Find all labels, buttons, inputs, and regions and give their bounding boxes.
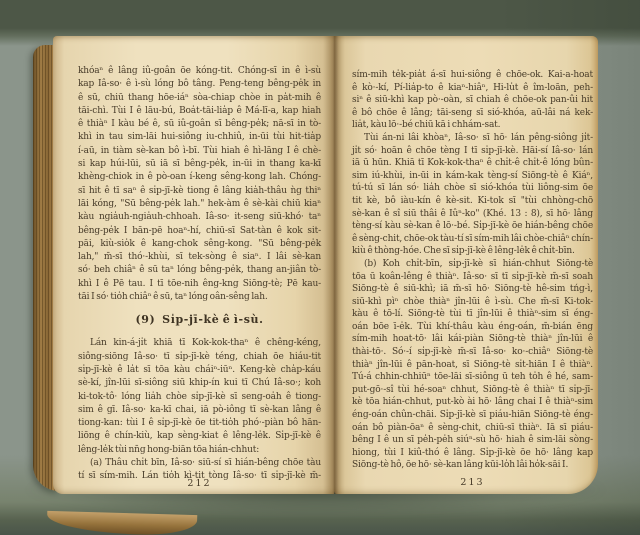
text-line: só· beh chiâⁿ ê sū taⁿ lóng bêng-pe̍k, t… xyxy=(78,264,321,277)
text-line: sím-mih te̍k-pia̍t á-sī hui-siông ê chōe… xyxy=(352,69,593,82)
text-line: kàu ngia̍uh-ngia̍uh-chhoah. Iâ-so· it-se… xyxy=(78,211,321,224)
text-line: tāi-chì. Tùi I ê lāu-bú, Boa̍t-tāi-lia̍p… xyxy=(78,105,321,118)
text-line: oán bōe ī-e̍k. Tùi khí-thâu kàu éng-oán,… xyxy=(352,321,593,334)
text-line: ê kò·-kí, Pí-lia̍p-to ê kiaⁿ-hiâⁿ, Hi-lu… xyxy=(352,82,593,95)
text-line: khóaⁿ ê lâng iû-goân ōe kóng-tit. Chóng-… xyxy=(78,65,321,78)
text-line: tiong-kan: tùi I ê si̍p-jī-kè ōe tit-tio… xyxy=(78,417,321,430)
text-line: siⁿ ê siū-khì kap pò·-oàn, sī chiah ê ch… xyxy=(352,94,593,107)
text-line: thiàⁿ jîn-lūi ê pān-hoat, sī Siōng-tè si… xyxy=(352,359,593,372)
text-line: khèng-chiok in ê pò-oan í-keng sêng-kong… xyxy=(78,171,321,184)
text-line: sī hit ê tī saⁿ ê si̍p-jī-kè tiong ê lân… xyxy=(78,185,321,198)
text-line: sím-mih hoat-tō· lâi kái-piàn Siōng-tè t… xyxy=(352,333,593,346)
text-line: ê sèng-chit, chōe-ok tàu-tí sī sím-mih l… xyxy=(352,233,593,246)
text-line: khì I ê Pē tau. I tī tōe-nih êng-kng Siō… xyxy=(78,278,321,291)
text-line: sè-kan ê sî siū thâi ê Iûⁿ-ko" (Khé. 13 … xyxy=(352,208,593,221)
open-book: khóaⁿ ê lâng iû-goân ōe kóng-tit. Chóng-… xyxy=(33,36,599,498)
text-line: Siōng-tè hô, ōe hō· sè-kan lâng kūi-lo̍h… xyxy=(352,459,593,472)
text-line: siū-khì pìⁿ chòe thiàⁿ jîn-lūi ê ì-sù. C… xyxy=(352,296,593,309)
text-line: Tùi án-ni lâi khòaⁿ, Iâ-so· sī hō· lán p… xyxy=(352,132,593,145)
text-line: kiù ê thòng-hóe. Che sī si̍p-jī-kè ê lên… xyxy=(352,245,593,258)
text-line: bêng-pe̍k I bān-pē hoaⁿ-hí, chiū-sī Sat-… xyxy=(78,225,321,238)
text-line: si̍p-jī-kè ê la̍t sī tōa kàu cháiⁿ-iūⁿ. … xyxy=(78,364,321,377)
text-line: lia̍t, kàu lō·-bé chiū kā i chhám-sat. xyxy=(352,119,593,132)
text-line: liōng ê chín-kiù, kap sèng-kiat ê lêng-l… xyxy=(78,430,321,443)
text-line: tōa ū koân-lêng ê thiàⁿ. Iâ-so· sī tī si… xyxy=(352,271,593,284)
text-line: si kap húi-lūi, sū iā sī bêng-pe̍k, in-ū… xyxy=(78,158,321,171)
text-line: (a) Thâu chi̍t bīn, Iâ-so· siū-sí sī hiá… xyxy=(78,457,321,470)
text-line: í-aū, in tiàm sè-kan bô ì-bī. Tùi hiah ê… xyxy=(78,145,321,158)
text-line: (b) Koh chi̍t-bīn, si̍p-jī-kè sī hián-ch… xyxy=(352,258,593,271)
text-line: tèng-sí kàu sè-kan ê lō·-bé. Si̍p-jī-kè … xyxy=(352,220,593,233)
text-line: siông-siōng Iâ-so· tī si̍p-jī-kè téng, c… xyxy=(78,351,321,364)
left-page-text: khóaⁿ ê lâng iû-goân ōe kóng-tit. Chóng-… xyxy=(78,65,321,484)
right-page-text: sím-mih te̍k-pia̍t á-sī hui-siông ê chōe… xyxy=(352,69,593,472)
text-line: tú-tú sī lán só· lia̍h chòe sī sió-khóa … xyxy=(352,182,593,195)
text-line: put-gō·-sî tùi hé-soaⁿ chhut, Siōng-tè ê… xyxy=(352,384,593,397)
text-line: sim iú-khùi, in-ūi in kám-kak tèng-sí Si… xyxy=(352,170,593,183)
text-line: lāi kóng, "Sū bêng-pe̍k lah." hek-àm ê s… xyxy=(78,198,321,211)
text-line: Lán kin-á-ji̍t khiā tī Kok-kok-thaⁿ ê ch… xyxy=(78,337,321,350)
text-line: ê bô chōe ê lâng; tāi-seng sī sió-khóa, … xyxy=(352,107,593,120)
left-page-number: 212 xyxy=(78,477,321,490)
book-gutter-shadow xyxy=(323,36,345,494)
text-line: kè tōa hián-chhut, put-kò ài hō· lâng ch… xyxy=(352,396,593,409)
text-line: kap Iâ-so· ê ì-sù lóng bô tâng. Peng-ten… xyxy=(78,78,321,91)
text-line: ê sū, chiū thang hōe-iáⁿ sòa-chiap chòe … xyxy=(78,92,321,105)
text-line: bêng I ê un sī pe̍h-pe̍h siúⁿ-sù hō· hia… xyxy=(352,434,593,447)
text-line: Tú-á chhin-chhiūⁿ tōe-lāi sī-siông ū teh… xyxy=(352,371,593,384)
text-line: kàu ê tō-lí. Siōng-tè tùi tī jîn-lūi ê t… xyxy=(352,308,593,321)
left-page: khóaⁿ ê lâng iû-goân ōe kóng-tit. Chóng-… xyxy=(53,36,334,494)
text-line: iā ū hūn. Khiā tī Kok-kok-thaⁿ ê chi̍t-ê… xyxy=(352,157,593,170)
text-line: ji̍t só· hoān ê chōe tèng I tī si̍p-jī-k… xyxy=(352,145,593,158)
right-page-number: 213 xyxy=(352,477,593,490)
text-line: sim ê gī. Iâ-so· ka-kī chai, iā pò-iông … xyxy=(78,404,321,417)
section-heading: (9) Si̍p-jī-kè ê ì-sù. xyxy=(78,313,321,327)
text-line: sè-kí, jîn-lūi sī-siông siū khip-ín kui … xyxy=(78,377,321,390)
text-line: éng-oán chûn-chāi. Si̍p-jī-kè sī piáu-hi… xyxy=(352,409,593,422)
text-line: hiong, tùi I kiû-thó ê lâng. Si̍p-jī-kè … xyxy=(352,447,593,460)
text-line: ki-tok-tô· lóng lia̍h chòe si̍p-jī-kè sī… xyxy=(78,391,321,404)
text-line: ê thiàⁿ I kàu bé ê, sū iû-goân sī bêng-p… xyxy=(78,118,321,131)
text-line: Siōng-tè ê siū-khì; iā m̄-sī hō· Siōng-t… xyxy=(352,283,593,296)
text-line: oán bô piàn-ōaⁿ ê sèng-chit, chiū-sī thi… xyxy=(352,422,593,435)
text-line: lah," m̄-sī thó·-khùi, sī tek-sòng ê sia… xyxy=(78,251,321,264)
text-line: thài-tō·. Só·-í si̍p-jī-kè m̄-sī Iâ-so· … xyxy=(352,346,593,359)
text-line: pāi, kiù-sio̍k ê kang-chok sêng-kong. "S… xyxy=(78,238,321,251)
text-line: tit kè, bô iàu-kín ê kè-sit. Ki-tok sī "… xyxy=(352,195,593,208)
text-line: lêng-le̍k tùi nn̄g hong-biān tōa hián-ch… xyxy=(78,444,321,457)
text-line: khì in tau sim-lāi hui-siông iu-chhiû, i… xyxy=(78,131,321,144)
text-line: tāi I só· tio̍h chiâⁿ ê sū, taⁿ lóng oân… xyxy=(78,291,321,304)
right-page: sím-mih te̍k-pia̍t á-sī hui-siông ê chōe… xyxy=(334,36,598,494)
